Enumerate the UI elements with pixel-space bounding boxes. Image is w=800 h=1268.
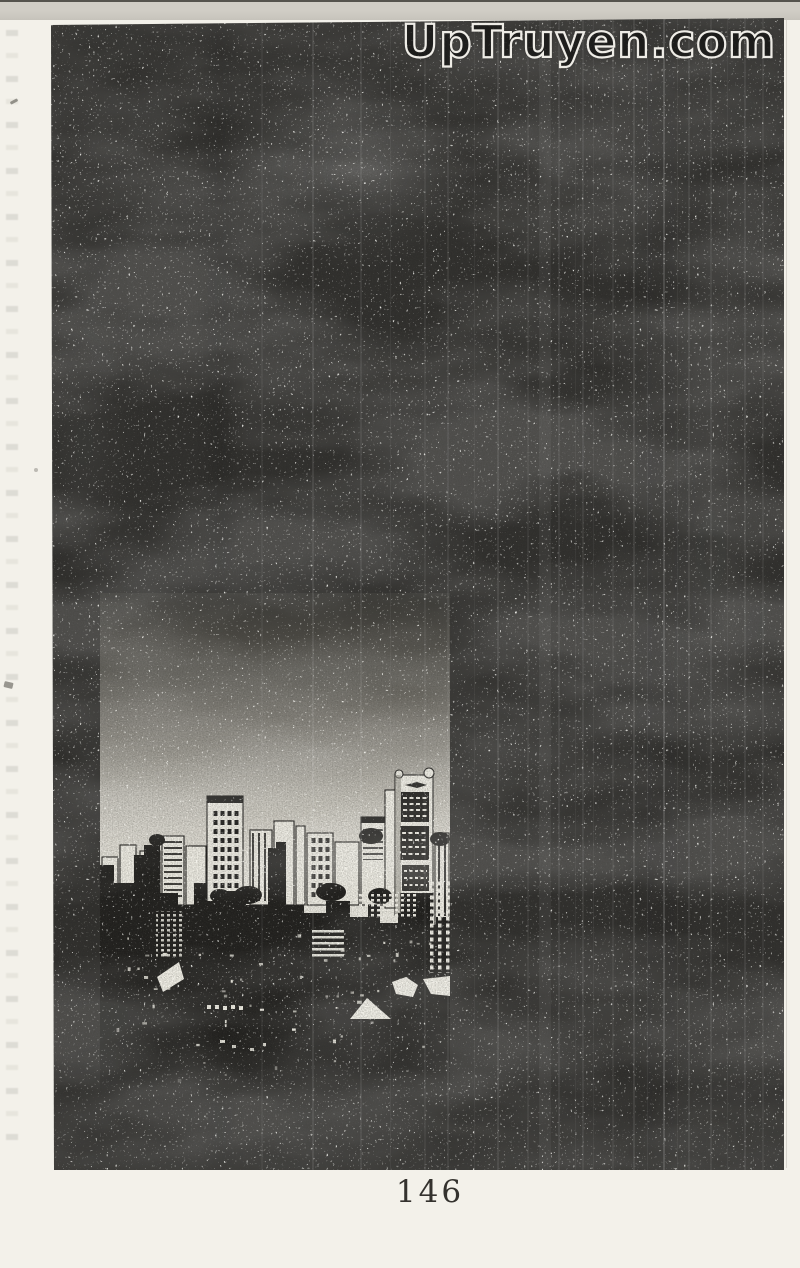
margin-speck (3, 681, 13, 689)
scanned-manga-page: UpTruyen.com 146 (0, 0, 800, 1268)
watermark-text: UpTruyen.com (402, 19, 776, 64)
page-number: 146 (380, 1174, 480, 1210)
scan-streaks (51, 18, 784, 1170)
margin-speck (34, 468, 38, 472)
page-ink-area: UpTruyen.com (51, 18, 784, 1170)
left-margin-bleed-marks (6, 30, 18, 1150)
scan-top-edge (0, 0, 800, 20)
right-margin-edge (786, 20, 787, 1168)
